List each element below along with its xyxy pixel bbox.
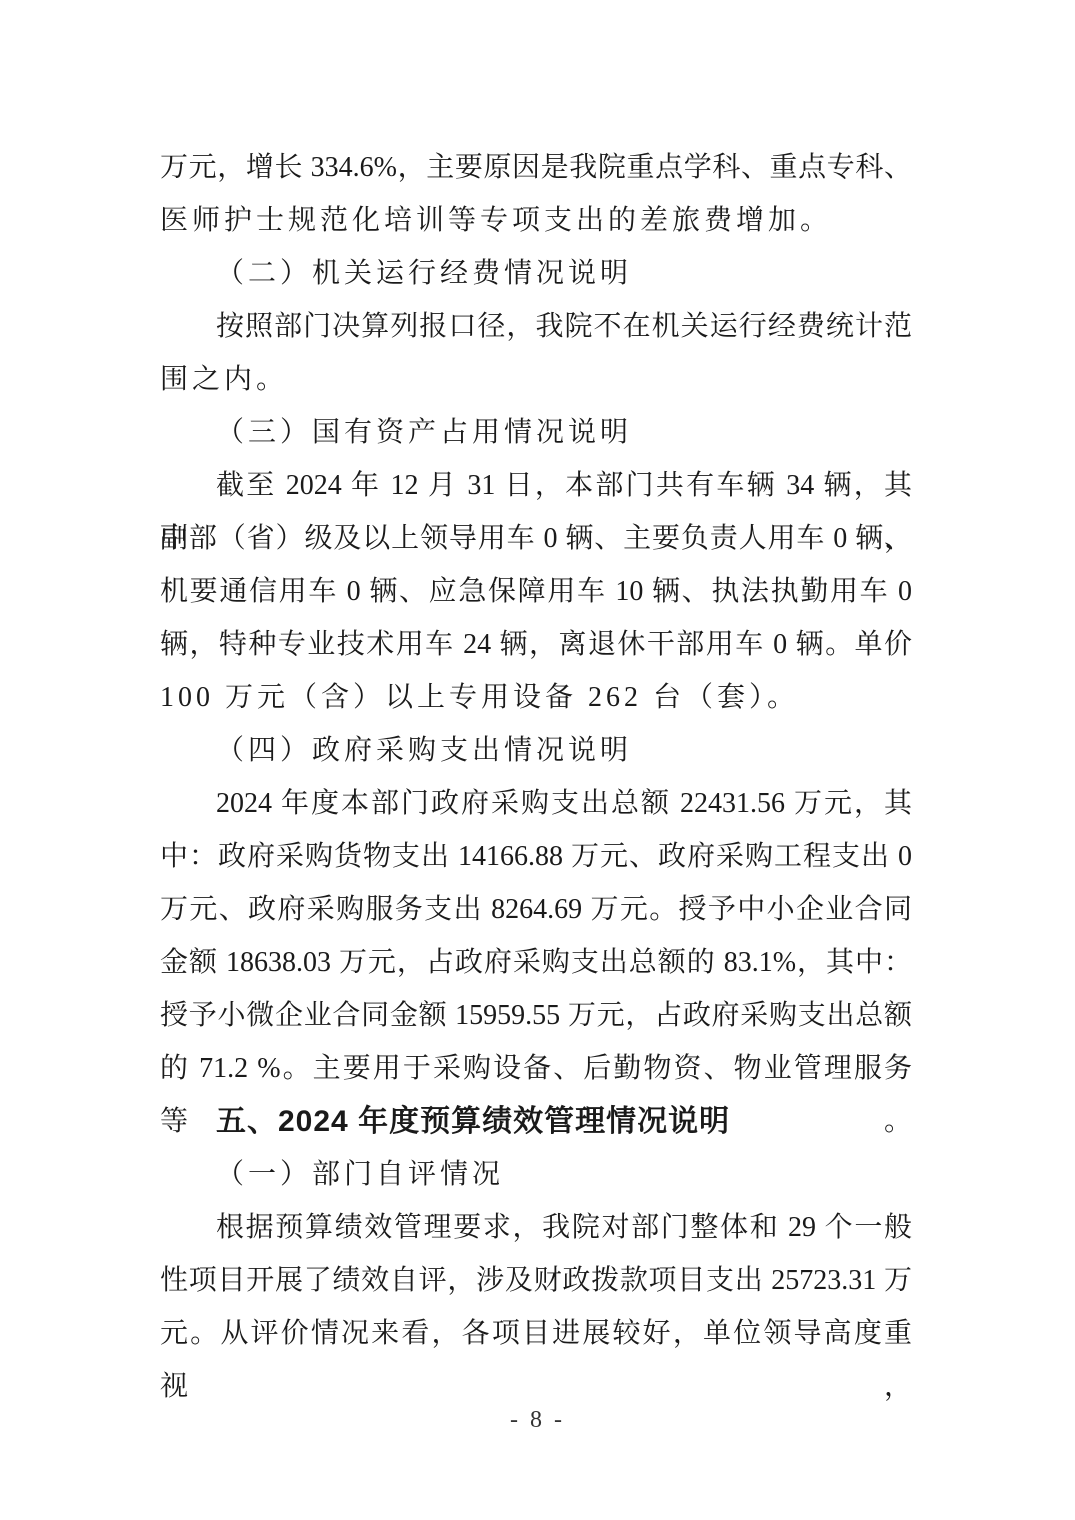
document-body: 万元，增长 334.6%，主要原因是我院重点学科、重点专科、 医师护士规范化培训… bbox=[160, 141, 912, 1360]
text-line: 元。从评价情况来看，各项目进展较好，单位领导高度重视， bbox=[160, 1307, 912, 1360]
section-heading-4: （四）政府采购支出情况说明 bbox=[160, 724, 912, 777]
text-line: 副部（省）级及以上领导用车 0 辆、主要负责人用车 0 辆、 bbox=[160, 512, 912, 565]
text-line: 授予小微企业合同金额 15959.55 万元，占政府采购支出总额 bbox=[160, 989, 912, 1042]
text-line: 按照部门决算列报口径，我院不在机关运行经费统计范 bbox=[160, 300, 912, 353]
text-line: 根据预算绩效管理要求，我院对部门整体和 29 个一般 bbox=[160, 1201, 912, 1254]
text-line: 中：政府采购货物支出 14166.88 万元、政府采购工程支出 0 bbox=[160, 830, 912, 883]
text-line: 医师护士规范化培训等专项支出的差旅费增加。 bbox=[160, 194, 912, 247]
page-number: - 8 - bbox=[0, 1398, 1075, 1442]
text-line: 辆，特种专业技术用车 24 辆，离退休干部用车 0 辆。单价 bbox=[160, 618, 912, 671]
section-heading-2: （二）机关运行经费情况说明 bbox=[160, 247, 912, 300]
text-line: 金额 18638.03 万元，占政府采购支出总额的 83.1%，其中： bbox=[160, 936, 912, 989]
document-page: 万元，增长 334.6%，主要原因是我院重点学科、重点专科、 医师护士规范化培训… bbox=[0, 0, 1075, 1520]
text-line: 100 万元（含）以上专用设备 262 台（套）。 bbox=[160, 671, 912, 724]
text-line: 的 71.2 %。主要用于采购设备、后勤物资、物业管理服务等。 bbox=[160, 1042, 912, 1095]
text-line: 万元、政府采购服务支出 8264.69 万元。授予中小企业合同 bbox=[160, 883, 912, 936]
text-line: 截至 2024 年 12 月 31 日，本部门共有车辆 34 辆，其中， bbox=[160, 459, 912, 512]
section-heading-3: （三）国有资产占用情况说明 bbox=[160, 406, 912, 459]
text-line: 机要通信用车 0 辆、应急保障用车 10 辆、执法执勤用车 0 bbox=[160, 565, 912, 618]
text-line: 万元，增长 334.6%，主要原因是我院重点学科、重点专科、 bbox=[160, 141, 912, 194]
text-line: 围之内。 bbox=[160, 353, 912, 406]
text-line: 2024 年度本部门政府采购支出总额 22431.56 万元，其 bbox=[160, 777, 912, 830]
text-line: 性项目开展了绩效自评，涉及财政拨款项目支出 25723.31 万 bbox=[160, 1254, 912, 1307]
section-heading-1: （一）部门自评情况 bbox=[160, 1148, 912, 1201]
